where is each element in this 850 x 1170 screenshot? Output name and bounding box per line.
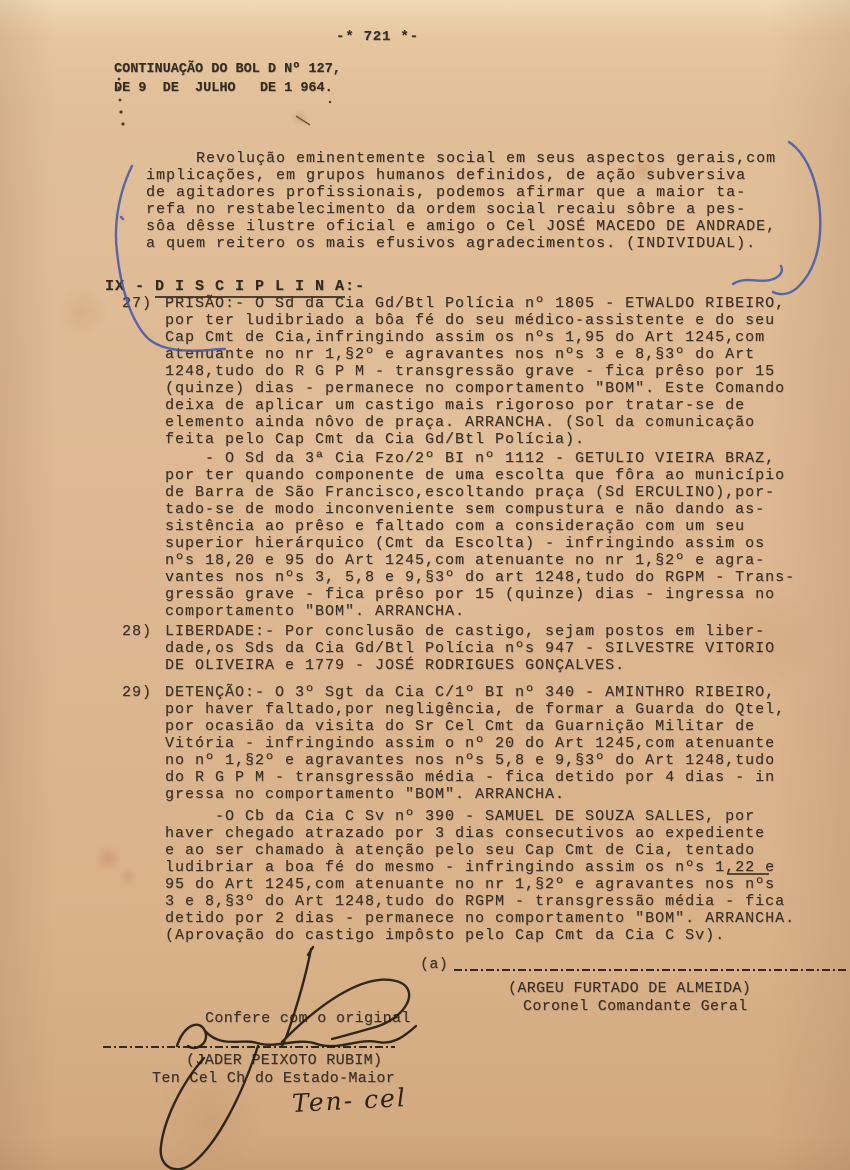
scanned-document-page: -* 721 *- CONTINUAÇÃO DO BOL D Nº 127, D…: [0, 0, 850, 1170]
item-29-paragraph-2: -O Cb da Cia C Sv nº 390 - SAMUEL DE SOU…: [165, 808, 795, 944]
item-number-27: 27): [122, 295, 152, 312]
signature-assign-label: (a): [420, 956, 448, 973]
chief-name: (JADER PEIXOTO RUBIM): [186, 1052, 382, 1069]
blue-pen-right-bracket: [773, 142, 820, 294]
item-27-paragraph-1: PRISÃO:- O Sd da Cia Gd/Btl Polícia nº 1…: [165, 295, 785, 448]
commander-title: Coronel Comandante Geral: [523, 998, 747, 1015]
item-28-paragraph-1: LIBERDADE:- Por conclusão de castigo, se…: [165, 623, 775, 674]
section-title-suffix: :-: [345, 278, 365, 295]
section-heading: IX - D I S C I P L I N A:-: [105, 278, 365, 295]
item-27-paragraph-2: - O Sd da 3ª Cia Fzo/2º BI nº 1112 - GET…: [165, 450, 795, 620]
handwritten-rank-note: Ten- cel: [291, 1083, 407, 1118]
blue-pen-dot: [121, 217, 123, 219]
chief-title: Ten Cel Ch do Estado-Maior: [152, 1070, 395, 1087]
page-number: -* 721 *-: [336, 29, 419, 46]
certification-text: Confere com o original: [205, 1010, 411, 1027]
ink-underline-mark: [727, 873, 769, 875]
blue-pen-flourish: [733, 266, 782, 284]
section-number: IX -: [105, 278, 155, 295]
item-number-29: 29): [122, 684, 152, 701]
bulletin-header: CONTINUAÇÃO DO BOL D Nº 127, DE 9 DE JUL…: [114, 60, 341, 98]
item-number-28: 28): [122, 623, 152, 640]
item-29-paragraph-1: DETENÇÃO:- O 3º Sgt da Cia C/1º BI nº 34…: [165, 684, 785, 803]
commander-name: (ARGEU FURTADO DE ALMEIDA): [508, 980, 751, 997]
signature-line-commander: [454, 969, 848, 971]
intro-paragraph: Revolução eminentemente social em seus a…: [146, 150, 776, 252]
signature-line-chief: [103, 1046, 395, 1048]
